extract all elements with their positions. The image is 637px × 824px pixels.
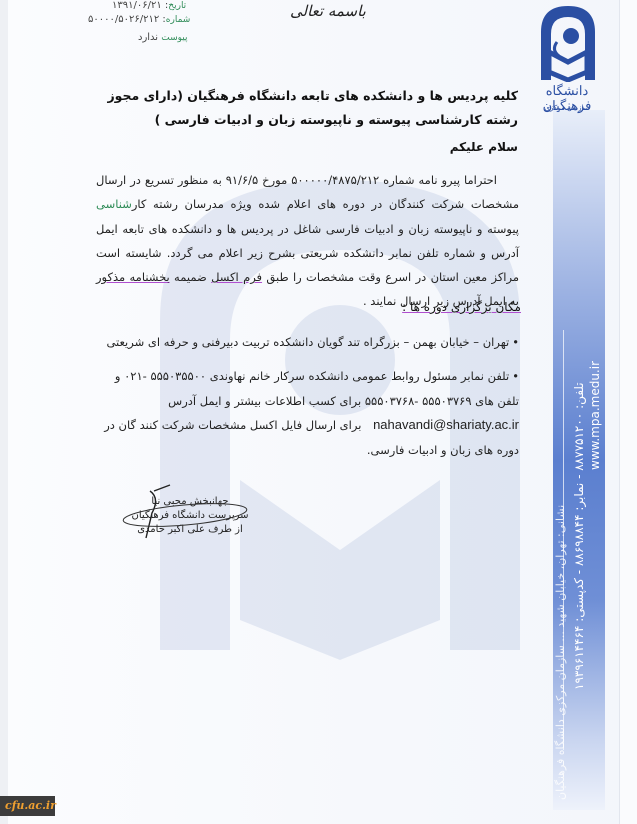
circular-reference-text: بخشنامه مذکور	[96, 270, 170, 284]
number-label: شماره	[166, 15, 191, 25]
bullet-icon: •	[512, 364, 519, 389]
letter-number: شماره: ۵۰۰۰۰/۵۰۲۶/۲۱۲	[88, 14, 190, 25]
attachment-value: ندارد	[138, 32, 158, 43]
date-label: تاریخ	[168, 1, 186, 11]
bismillah-heading: باسمه تعالی	[290, 2, 366, 20]
para-highlight: شناسی	[96, 197, 132, 211]
letter-page: نشانی: تهران، خیابان شهید ... سازمان مرک…	[0, 0, 637, 824]
date-value: ۱۳۹۱/۰۶/۲۱	[112, 0, 162, 11]
scan-right-edge	[619, 0, 637, 824]
band-website: www.mpa.medu.ir	[588, 361, 602, 470]
contact-email: nahavandi@shariaty.ac.ir	[373, 417, 519, 432]
handwritten-signature-icon	[120, 483, 260, 543]
signature-block: جهانبخش محبی نیا سرپرست دانشگاه فرهنگیان…	[120, 495, 260, 537]
farhangian-university-logo-icon	[535, 2, 601, 82]
contact-phone-text: تلفن نمابر مسئول روابط عمومی دانشکده سرک…	[115, 369, 519, 408]
excel-form-link-text: فرم اکسل	[211, 270, 262, 284]
band-address: نشانی: تهران، خیابان شهید ... سازمان مرک…	[554, 505, 567, 800]
scan-left-edge	[0, 0, 8, 824]
number-value: ۵۰۰۰۰/۵۰۲۶/۲۱۲	[88, 14, 159, 25]
band-phone-fax: تلفن: ۸۸۷۷۵۱۲۰۰ - نمابر: ۸۸۶۹۸۸۴۴ - کدپس…	[572, 382, 586, 690]
letter-recipient-title: کلیه پردیس ها و دانشکده های تابعه دانشگا…	[100, 84, 518, 132]
venue-address-text: تهران – خیابان بهمن – بزرگراه تند گویان …	[106, 335, 509, 349]
bullet-icon: •	[512, 330, 519, 355]
venue-bullet-contact: •تلفن نمابر مسئول روابط عمومی دانشکده سر…	[96, 364, 519, 462]
logo-subtitle: سازمان مرکزی	[540, 104, 594, 112]
source-watermark-badge: cfu.ac.ir	[0, 796, 55, 816]
greeting: سلام علیکم	[450, 140, 518, 154]
letter-body-paragraph: احتراما پیرو نامه شماره ۵۰۰۰۰۰/۴۸۷۵/۲۱۲ …	[96, 168, 519, 314]
venue-bullet-address: •تهران – خیابان بهمن – بزرگراه تند گویان…	[96, 330, 519, 355]
para-part-3: ضمیمه	[170, 270, 211, 284]
para-part-1: احتراما پیرو نامه شماره ۵۰۰۰۰۰/۴۸۷۵/۲۱۲ …	[96, 173, 519, 211]
attachment-label: پیوست	[161, 33, 187, 43]
venue-heading: مکان برگزاری دوره ها :	[402, 300, 521, 314]
letter-attachment: پیوست ندارد	[138, 32, 188, 43]
letter-date: تاریخ: ۱۳۹۱/۰۶/۲۱	[112, 0, 186, 11]
